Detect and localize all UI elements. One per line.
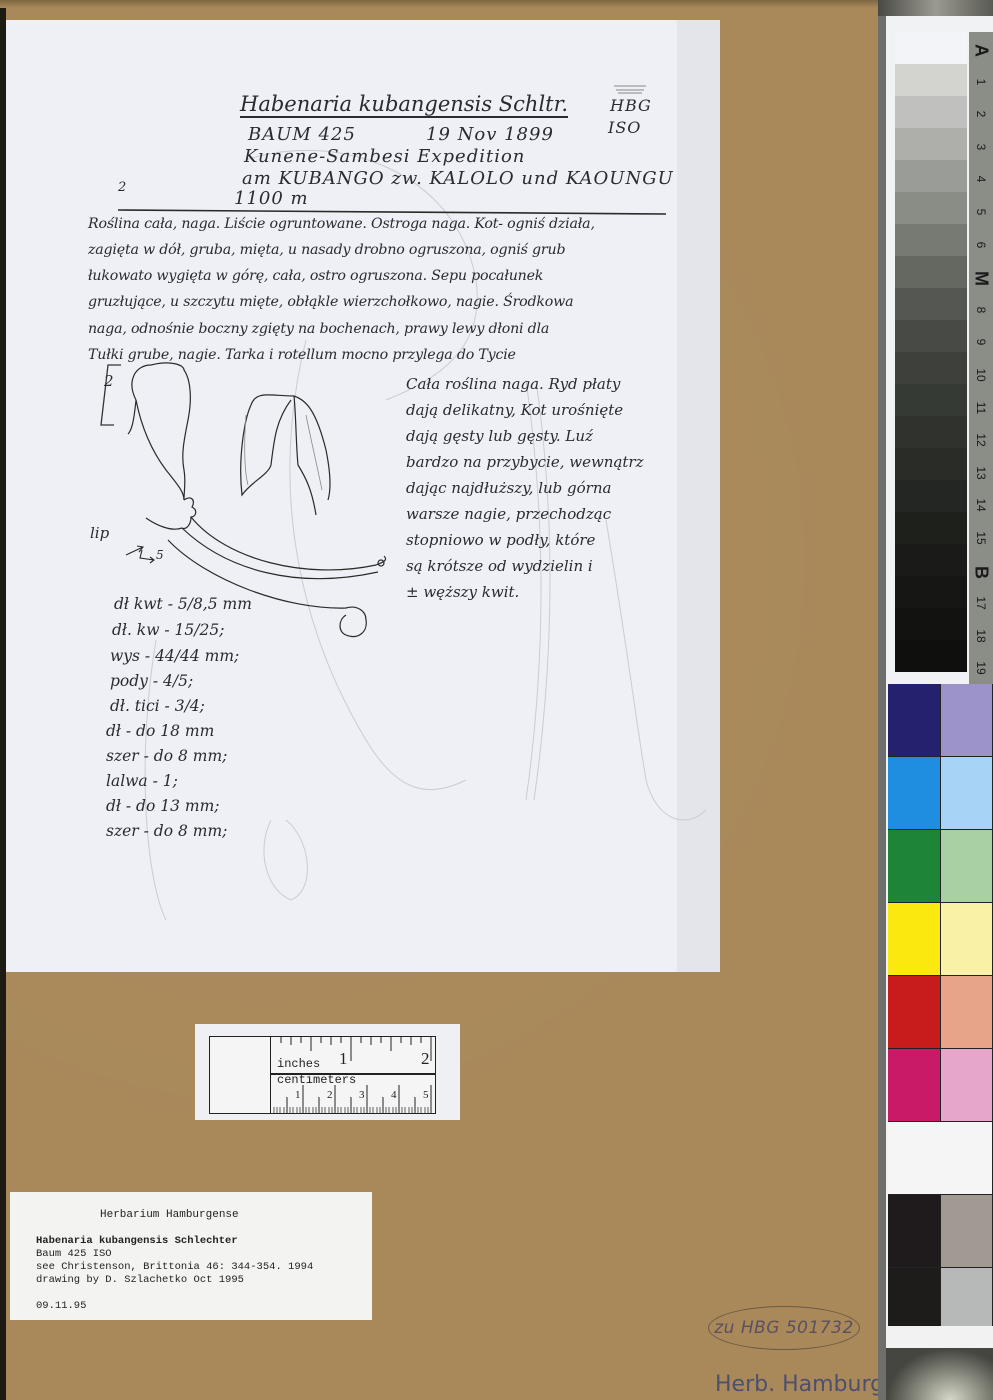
right-note-line: dają delikatny, Kot urośnięte (406, 401, 623, 419)
ruler-blank (210, 1037, 271, 1113)
description-line: łukowato wygięta w górę, cała, ostro ogr… (88, 268, 543, 284)
gray-tick-label: M (971, 267, 992, 291)
lip-label: lip (90, 524, 109, 542)
measurement: pody - 4/5; (110, 672, 193, 690)
cm-mark: 1 (295, 1089, 301, 1101)
right-note-line: są krótsze od wydzielin i (406, 557, 593, 575)
gray-tick-label: 5 (974, 200, 988, 224)
scale-label: 2 (104, 372, 114, 390)
gray-tick-label: 9 (974, 330, 988, 354)
right-note-line: Cała roślina naga. Ryd płaty (406, 375, 620, 393)
gray-tick-label: 12 (974, 428, 988, 452)
gray-patch (895, 544, 967, 576)
gray-patch (895, 320, 967, 352)
collection-date: 19 Nov 1899 (426, 124, 554, 145)
ruler-scale: inches 1 2 centimeters 1 2 3 4 5 (271, 1037, 435, 1113)
right-note-line: stopniowo w podły, które (406, 531, 595, 549)
color-patch (941, 903, 993, 975)
institution-name: Herbarium Hamburgense (100, 1209, 239, 1221)
gray-tick-label: 19 (974, 656, 988, 680)
gray-patch (895, 256, 967, 288)
color-row (888, 1195, 993, 1268)
color-row (888, 976, 993, 1049)
measurement: dł - do 13 mm; (106, 797, 220, 815)
label-specimen: Baum 425 ISO (36, 1248, 112, 1260)
scale-ruler: inches 1 2 centimeters 1 2 3 4 5 (209, 1036, 436, 1114)
color-patch (888, 757, 941, 829)
inch-mark: 1 (339, 1049, 348, 1069)
gray-patch (895, 288, 967, 320)
color-patch (941, 757, 993, 829)
herbarium-stamp: Herb. Hamburg. (715, 1372, 891, 1397)
gray-tick-label: A (971, 39, 992, 63)
scale-label-2: 5 (156, 548, 164, 562)
color-patch (888, 830, 941, 902)
herbarium-label: Herbarium Hamburgense Habenaria kubangen… (10, 1192, 372, 1320)
color-patch (941, 976, 993, 1048)
gray-patch (895, 352, 967, 384)
color-row (888, 903, 993, 976)
right-note-line: bardzo na przybycie, wewnątrz (406, 453, 644, 471)
gray-tick-label: 3 (974, 135, 988, 159)
right-note-line: dając najdłuższy, lub górna (406, 479, 611, 497)
color-patch (941, 1049, 993, 1121)
gray-patch (895, 512, 967, 544)
color-patch (941, 1195, 993, 1267)
corner-mark-iso: ISO (608, 118, 641, 137)
locality: am KUBANGO zw. KALOLO und KAOUNGU (242, 168, 674, 189)
description-sheet: Habenaria kubangensis Schltr. HBG ISO BA… (6, 20, 720, 972)
measurement: dł - do 18 mm (106, 722, 214, 740)
description-line: Tułki grube, nagie. Tarka i rotellum moc… (88, 347, 516, 363)
gray-patch (895, 384, 967, 416)
gray-patch (895, 160, 967, 192)
gray-scale-patches (895, 32, 967, 672)
right-note-line: warsze nagie, przechodząc (406, 505, 611, 523)
measurement: dł. tici - 3/4; (110, 697, 205, 715)
measurement: lalwa - 1; (106, 772, 178, 790)
taxon-title: Habenaria kubangensis Schltr. (240, 92, 568, 116)
gray-tick-label: 15 (974, 526, 988, 550)
inch-mark: 2 (421, 1049, 430, 1069)
gray-patch (895, 448, 967, 480)
measurement: szer - do 8 mm; (106, 822, 227, 840)
gray-tick-label: 10 (974, 363, 988, 387)
gray-tick-label: 17 (974, 591, 988, 615)
gray-tick-label: 1 (974, 70, 988, 94)
gray-tick-label: 2 (974, 102, 988, 126)
calibration-top-shade (878, 0, 993, 16)
color-patch (888, 1122, 993, 1194)
color-patch (888, 1195, 941, 1267)
cm-mark: 5 (423, 1089, 429, 1101)
corner-mark-hbg: HBG (610, 96, 652, 115)
label-date: 09.11.95 (36, 1300, 86, 1312)
right-note-line: dają gęsty lub gęsty. Luź (406, 427, 593, 445)
inches-label: inches (277, 1057, 320, 1071)
expedition: Kunene-Sambesi Expedition (244, 146, 525, 167)
color-row (888, 757, 993, 830)
right-note-line: ± węższy kwit. (406, 583, 519, 601)
color-patch (941, 830, 993, 902)
color-row (888, 830, 993, 903)
gray-patch (895, 32, 967, 64)
gray-tick-label: 4 (974, 167, 988, 191)
altitude: 1100 m (234, 188, 309, 209)
cm-mark: 3 (359, 1089, 365, 1101)
color-patch (941, 684, 993, 756)
description-line: zagięta w dół, gruba, mięta, u nasady dr… (88, 242, 565, 258)
measurement: szer - do 8 mm; (106, 747, 227, 765)
gray-patch (895, 640, 967, 672)
measurement: wys - 44/44 mm; (110, 647, 239, 665)
gray-patch (895, 608, 967, 640)
color-row (888, 1049, 993, 1122)
calibration-bottom-white (886, 1326, 993, 1348)
color-patch (888, 684, 941, 756)
gray-tick-label: B (971, 560, 992, 584)
scale-ruler-card: inches 1 2 centimeters 1 2 3 4 5 (195, 1024, 460, 1120)
measurement: dł kwt - 5/8,5 mm (114, 595, 252, 613)
description-line: Roślina cała, naga. Liście ogruntowane. … (88, 216, 595, 232)
gray-tick-label: 6 (974, 233, 988, 257)
gray-tick-label: 18 (974, 624, 988, 648)
gray-patch (895, 416, 967, 448)
color-patch (888, 903, 941, 975)
gray-patch (895, 96, 967, 128)
gray-patch (895, 224, 967, 256)
gray-patch (895, 192, 967, 224)
description-line: naga, odnośnie boczny zgięty na bochenac… (88, 321, 549, 337)
color-patch (888, 976, 941, 1048)
color-calibration-strip: A123456M89101112131415B171819 (878, 0, 993, 1400)
cm-mark: 4 (391, 1089, 397, 1101)
gray-tick-label: 13 (974, 461, 988, 485)
collector-number: BAUM 425 (248, 124, 356, 145)
gray-scale-ticks: A123456M89101112131415B171819 (969, 32, 993, 684)
label-taxon: Habenaria kubangensis Schlechter (36, 1235, 238, 1247)
board-top-shadow (0, 0, 880, 8)
color-row (888, 684, 993, 757)
calibration-bottom-shade (886, 1348, 993, 1400)
centimeters-label: centimeters (277, 1073, 356, 1087)
color-patches (888, 684, 993, 1341)
description-line: gruzłujące, u szczytu mięte, obłąkle wie… (88, 294, 573, 310)
label-drawing-credit: drawing by D. Szlachetko Oct 1995 (36, 1274, 244, 1286)
measurement: dł. kw - 15/25; (112, 621, 224, 639)
cm-mark: 2 (327, 1089, 333, 1101)
gray-patch (895, 576, 967, 608)
gray-patch (895, 480, 967, 512)
gray-tick-label: 14 (974, 493, 988, 517)
margin-mark: 2 (118, 180, 127, 195)
gray-patch (895, 128, 967, 160)
gray-tick-label: 8 (974, 298, 988, 322)
gray-tick-label: 11 (974, 396, 988, 420)
color-row (888, 1122, 993, 1195)
color-patch (888, 1049, 941, 1121)
accession-number: zu HBG 501732 (708, 1306, 860, 1350)
gray-patch (895, 64, 967, 96)
label-reference: see Christenson, Brittonia 46: 344-354. … (36, 1261, 313, 1273)
